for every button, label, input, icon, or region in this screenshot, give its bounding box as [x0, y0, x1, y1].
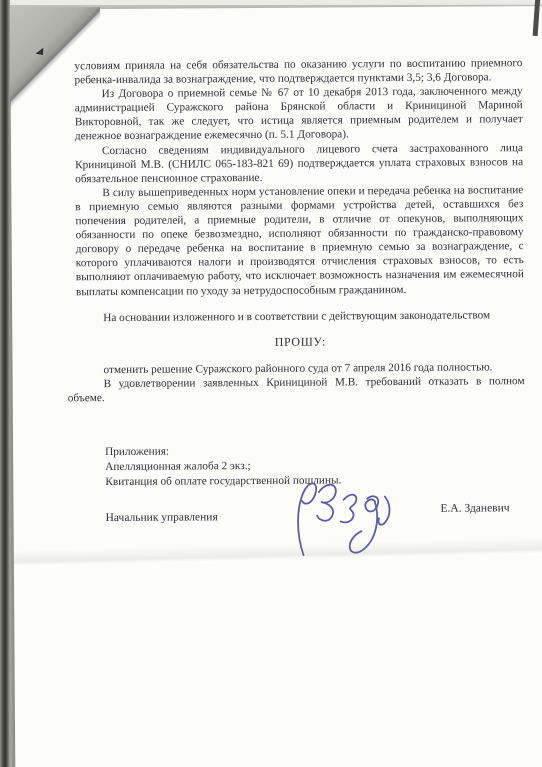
scan-left-edge	[0, 0, 10, 767]
paper-crease	[14, 537, 542, 576]
request-heading: ПРОШУ:	[76, 333, 524, 350]
request-paragraph-2: В удовлетворении заявленных Кринициной М…	[68, 374, 525, 405]
paragraph-4: В силу вышеприведенных норм установление…	[75, 183, 524, 299]
paragraph-3: Согласно сведениям индивидуального лицев…	[75, 141, 523, 186]
signer-name: Е.А. Зданевич	[440, 502, 509, 514]
pen-mark-icon	[34, 47, 46, 57]
document-page: условиям приняла на себя обязательства п…	[10, 6, 542, 767]
paragraph-2: Из Договора о приемной семье № 67 от 10 …	[75, 84, 523, 144]
document-body: условиям приняла на себя обязательства п…	[74, 56, 524, 405]
handwritten-signature	[289, 475, 408, 572]
signer-position-title: Начальник управления	[106, 511, 218, 524]
scanner-top-strip	[0, 0, 542, 5]
paragraph-1: условиям приняла на себя обязательства п…	[74, 56, 522, 87]
scanned-document: условиям приняла на себя обязательства п…	[0, 0, 542, 767]
paragraph-basis: На основании изложенного и в соответстви…	[76, 308, 524, 325]
